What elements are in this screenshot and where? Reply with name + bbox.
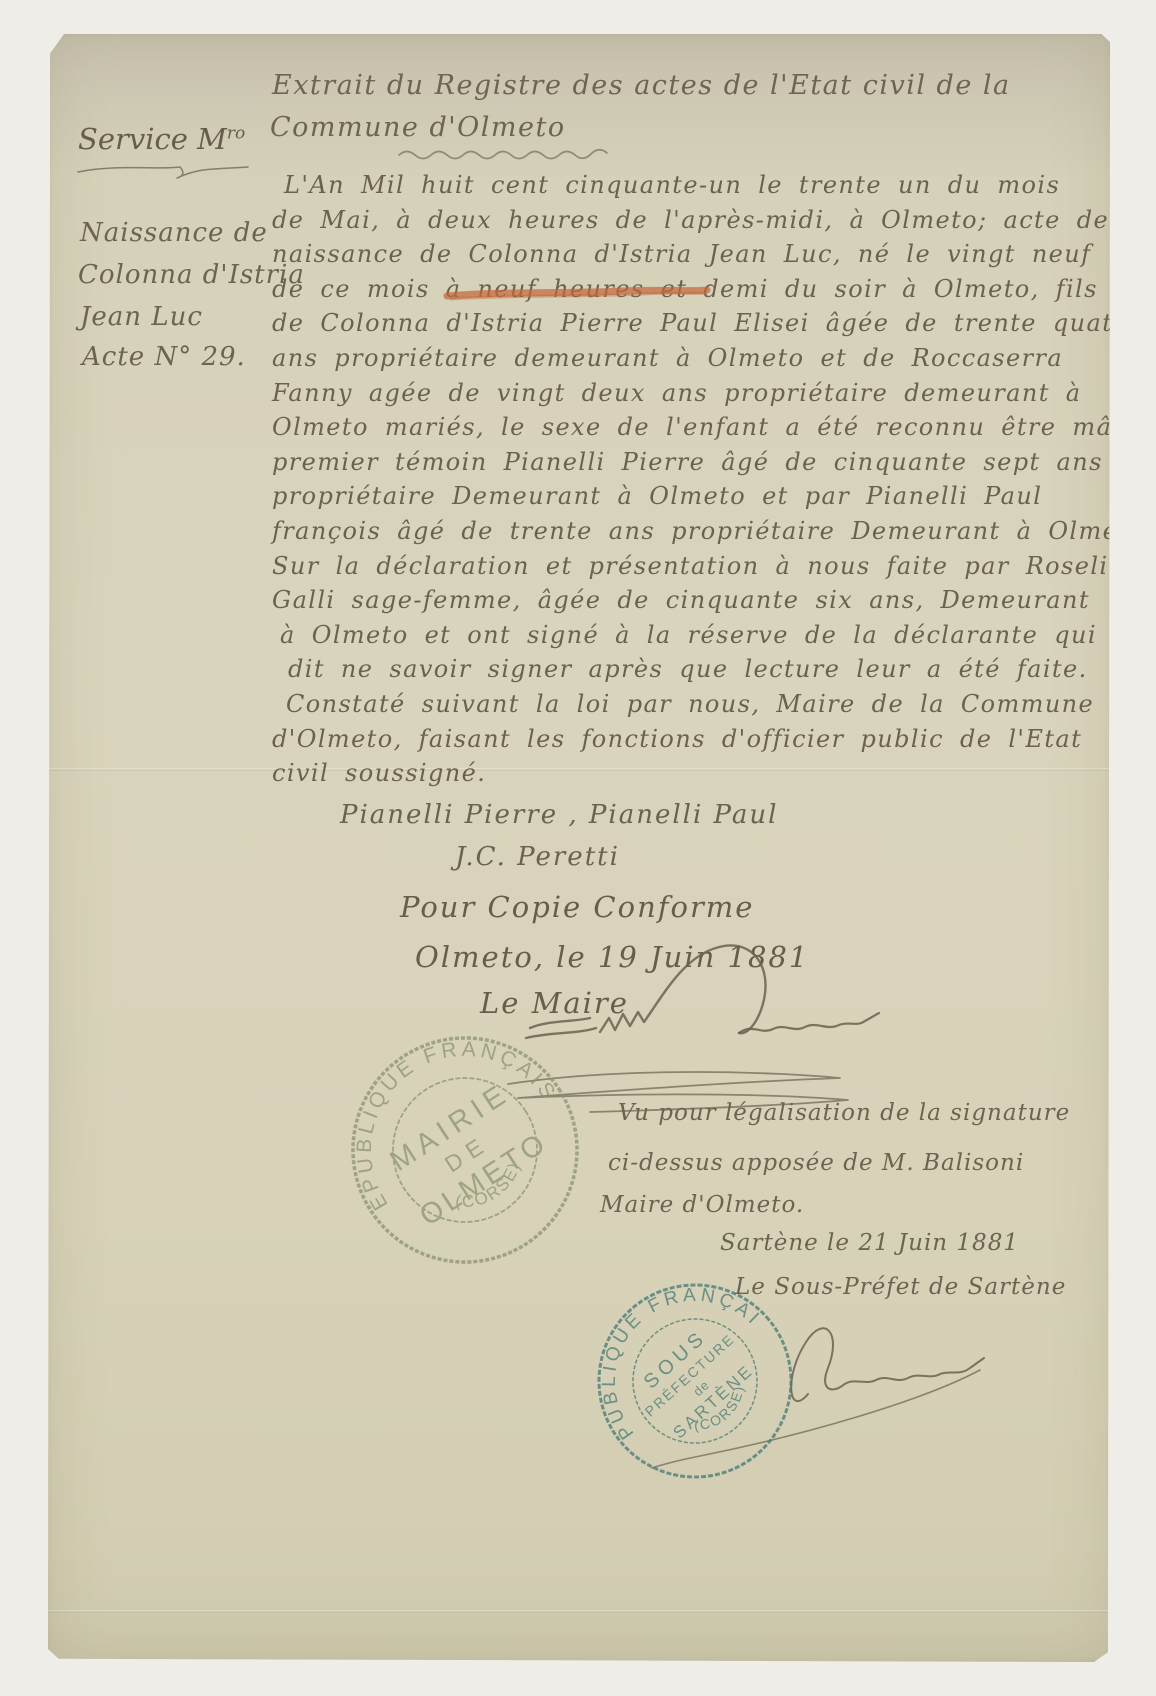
- paper-crease-bottom: [48, 1610, 1110, 1613]
- document-paper: Extrait du Registre des actes de l'Etat …: [48, 34, 1110, 1662]
- legalization-line3: Maire d'Olmeto.: [600, 1192, 804, 1218]
- doc-title-line2: Commune d'Olmeto: [270, 112, 566, 143]
- copy-certification-label: Pour Copie Conforme: [400, 890, 754, 924]
- margin-service-text: Service M: [78, 122, 227, 156]
- body-line: naissance de Colonna d'Istria Jean Luc, …: [272, 237, 1084, 272]
- legalization-line1: Vu pour légalisation de la signature: [618, 1100, 1070, 1126]
- title-underline-flourish: [395, 146, 635, 162]
- body-line: dit ne savoir signer après que lecture l…: [288, 652, 1084, 687]
- margin-note-line: Acte N° 29.: [82, 342, 246, 372]
- red-crayon-mark: [443, 284, 713, 306]
- margin-service-superscript: ro: [227, 123, 245, 143]
- prefecture-stamp: RÉPUBLIQUE FRANÇAISE SOUS PRÉFECTURE de …: [570, 1256, 820, 1506]
- act-body-text: L'An Mil huit cent cinquante-un le trent…: [272, 168, 1084, 791]
- margin-note-line: Colonna d'Istria: [78, 260, 305, 290]
- body-line: civil soussigné.: [272, 756, 1084, 791]
- mairie-stamp: RÉPUBLIQUE FRANÇAISE MAIRIE DE OLMETO (C…: [325, 1010, 605, 1290]
- body-line: de Mai, à deux heures de l'après-midi, à…: [272, 203, 1084, 238]
- body-line: Fanny agée de vingt deux ans propriétair…: [272, 376, 1084, 411]
- body-line: ans propriétaire demeurant à Olmeto et d…: [272, 341, 1084, 376]
- body-line: françois âgé de trente ans propriétaire …: [272, 514, 1084, 549]
- body-line: Sur la déclaration et présentation à nou…: [272, 549, 1084, 584]
- body-line: L'An Mil huit cent cinquante-un le trent…: [284, 168, 1084, 203]
- legalization-line2: ci-dessus apposée de M. Balisoni: [608, 1150, 1024, 1176]
- body-line: de Colonna d'Istria Pierre Paul Elisei â…: [272, 306, 1084, 341]
- legalization-place-date: Sartène le 21 Juin 1881: [720, 1230, 1019, 1256]
- body-line: Galli sage-femme, âgée de cinquante six …: [272, 583, 1084, 618]
- officer-signature-line: J.C. Peretti: [455, 842, 620, 872]
- body-line: d'Olmeto, faisant les fonctions d'offici…: [272, 722, 1084, 757]
- service-underline-flourish: [76, 162, 256, 180]
- body-line: à Olmeto et ont signé à la réserve de la…: [280, 618, 1084, 653]
- body-line: Constaté suivant la loi par nous, Maire …: [286, 687, 1084, 722]
- body-line: propriétaire Demeurant à Olmeto et par P…: [272, 479, 1084, 514]
- margin-note-line: Naissance de: [80, 218, 268, 248]
- body-line: premier témoin Pianelli Pierre âgé de ci…: [272, 445, 1084, 480]
- body-line: Olmeto mariés, le sexe de l'enfant a été…: [272, 410, 1084, 445]
- margin-service-label: Service Mro: [78, 122, 245, 156]
- doc-title-line1: Extrait du Registre des actes de l'Etat …: [272, 70, 1011, 101]
- scan-background: { "header": { "title_line1": "Extrait du…: [0, 0, 1156, 1696]
- margin-note-line: Jean Luc: [80, 302, 203, 332]
- witness-signatures-line: Pianelli Pierre , Pianelli Paul: [340, 800, 778, 830]
